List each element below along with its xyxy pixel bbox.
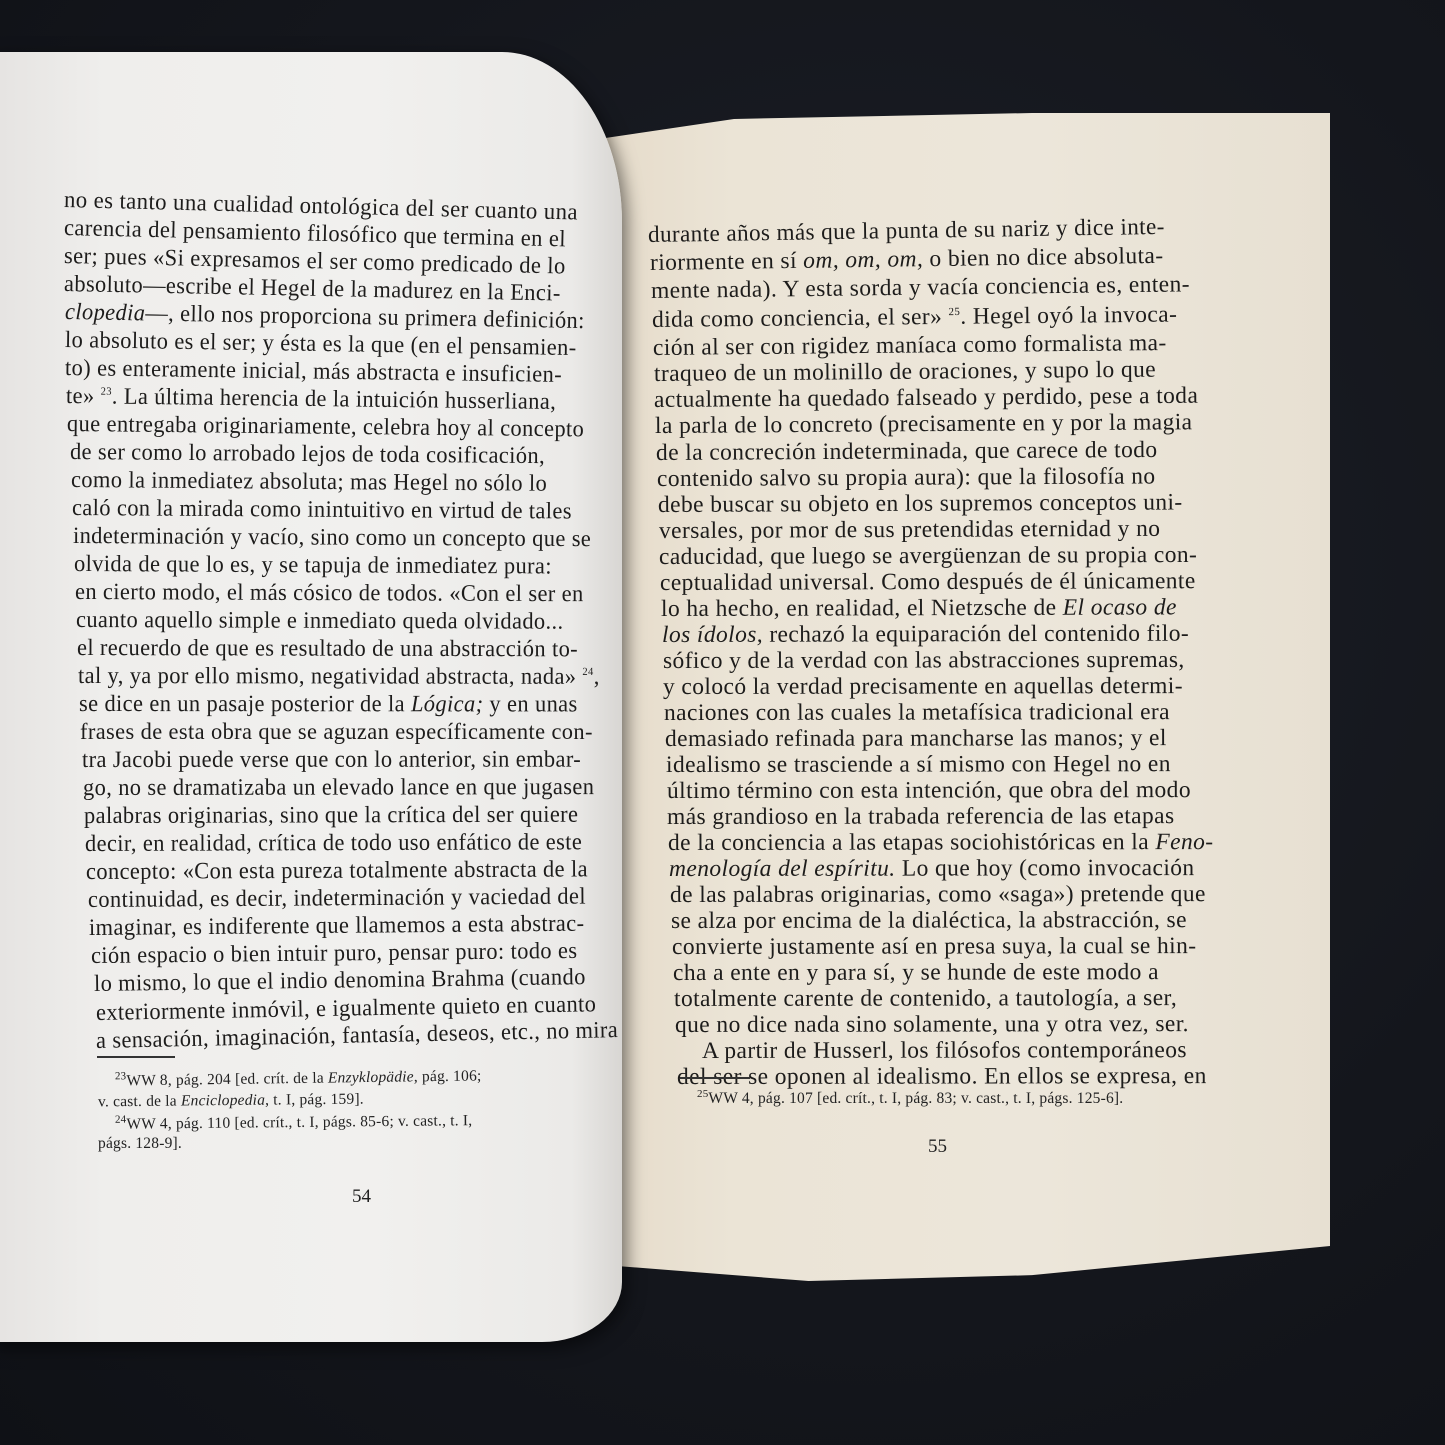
- text-line: la parla de lo concreto (precisamente en…: [655, 409, 1193, 440]
- text-line: de la concreción indeterminada, que care…: [656, 437, 1158, 467]
- text-line: ceptualidad universal. Como después de é…: [660, 568, 1196, 597]
- text-line: go, no se dramatizaba un elevado lance e…: [83, 774, 594, 802]
- text-line: en cierto modo, el más cósico de todos. …: [75, 579, 584, 608]
- text-line: tal y, ya por ello mismo, negatividad ab…: [78, 663, 600, 691]
- text-line: palabras originarias, sino que la crític…: [84, 802, 578, 830]
- text-line: caló con la mirada como inintuitivo en v…: [72, 495, 572, 525]
- text-line: frases de esta obra que se aguzan especí…: [80, 719, 593, 746]
- text-line: que entregaba originariamente, celebra h…: [67, 411, 584, 443]
- text-line: versales, por mor de sus pretendidas ete…: [659, 516, 1160, 545]
- text-line: más grandioso en la trabada referencia d…: [667, 803, 1175, 831]
- text-line: se dice en un pasaje posterior de la Lóg…: [79, 691, 578, 718]
- text-line: el recuerdo de que es resultado de una a…: [77, 635, 578, 663]
- footnote-divider: [97, 1056, 175, 1058]
- text-line: debe buscar su objeto en los supremos co…: [658, 489, 1183, 519]
- text-line: contenido salvo su propia aura): que la …: [657, 463, 1156, 493]
- text-line: dida como conciencia, el ser» 25. Hegel …: [652, 302, 1178, 334]
- text-line: idealismo se trasciende a sí mismo con H…: [666, 751, 1171, 779]
- text-line: sófico y de la verdad con las abstraccio…: [663, 647, 1185, 675]
- text-line: tra Jacobi puede verse que con lo anteri…: [82, 747, 581, 774]
- text-line: menología del espíritu. Lo que hoy (como…: [669, 855, 1195, 883]
- text-line: que no dice nada sino solamente, una y o…: [675, 1011, 1189, 1039]
- text-line: se alza por encima de la dialéctica, la …: [671, 907, 1187, 935]
- text-line: demasiado refinada para mancharse las ma…: [665, 725, 1167, 753]
- text-line: los ídolos, rechazó la equiparación del …: [662, 621, 1189, 649]
- text-line: convierte justamente así en presa suya, …: [672, 933, 1196, 961]
- page-number: 54: [352, 1186, 371, 1208]
- footnote-23-cont: v. cast. de la Enciclopedia, t. I, pág. …: [98, 1091, 364, 1112]
- text-line: de las palabras originarias, como «saga»…: [670, 881, 1206, 909]
- text-line: continuidad, es decir, indeterminación y…: [88, 884, 586, 914]
- footnote-24: 24WW 4, pág. 110 [ed. crít., t. I, págs.…: [115, 1112, 472, 1134]
- text-line: cuanto aquello simple e inmediato queda …: [76, 607, 564, 636]
- text-line: último término con esta intención, que o…: [667, 777, 1191, 805]
- text-line: como la inmediatez absoluta; mas Hegel n…: [71, 467, 547, 498]
- text-line: indeterminación y vacío, sino como un co…: [73, 523, 591, 553]
- text-line: lo ha hecho, en realidad, el Nietzsche d…: [661, 594, 1177, 623]
- text-line: de ser como lo arrobado lejos de toda co…: [70, 439, 545, 470]
- text-line: de la conciencia a las etapas sociohistó…: [668, 829, 1214, 857]
- footnote-24-cont: págs. 128-9].: [98, 1135, 182, 1153]
- text-line: decir, en realidad, crítica de todo uso …: [85, 829, 582, 858]
- text-line: olvida de que lo es, y se tapuja de inme…: [74, 551, 552, 581]
- text-line: concepto: «Con esta pureza totalmente ab…: [86, 856, 588, 886]
- footnote-25: 25WW 4, pág. 107 [ed. crít., t. I, pág. …: [697, 1090, 1123, 1108]
- text-line: imaginar, es indiferente que llamemos a …: [89, 911, 585, 942]
- text-line: y colocó la verdad precisamente en aquel…: [663, 673, 1183, 701]
- text-line: A partir de Husserl, los filósofos conte…: [702, 1037, 1187, 1065]
- footnote-divider: [680, 1077, 750, 1079]
- text-line: naciones con las cuales la metafísica tr…: [664, 699, 1170, 727]
- text-line: totalmente carente de contenido, a tauto…: [674, 985, 1177, 1013]
- text-line: cha a ente en y para sí, y se hunde de e…: [673, 959, 1159, 987]
- text-line: caducidad, que luego se avergüenzan de s…: [659, 542, 1197, 571]
- page-number: 55: [928, 1136, 947, 1158]
- text-line: del ser se oponen al idealismo. En ellos…: [677, 1063, 1207, 1091]
